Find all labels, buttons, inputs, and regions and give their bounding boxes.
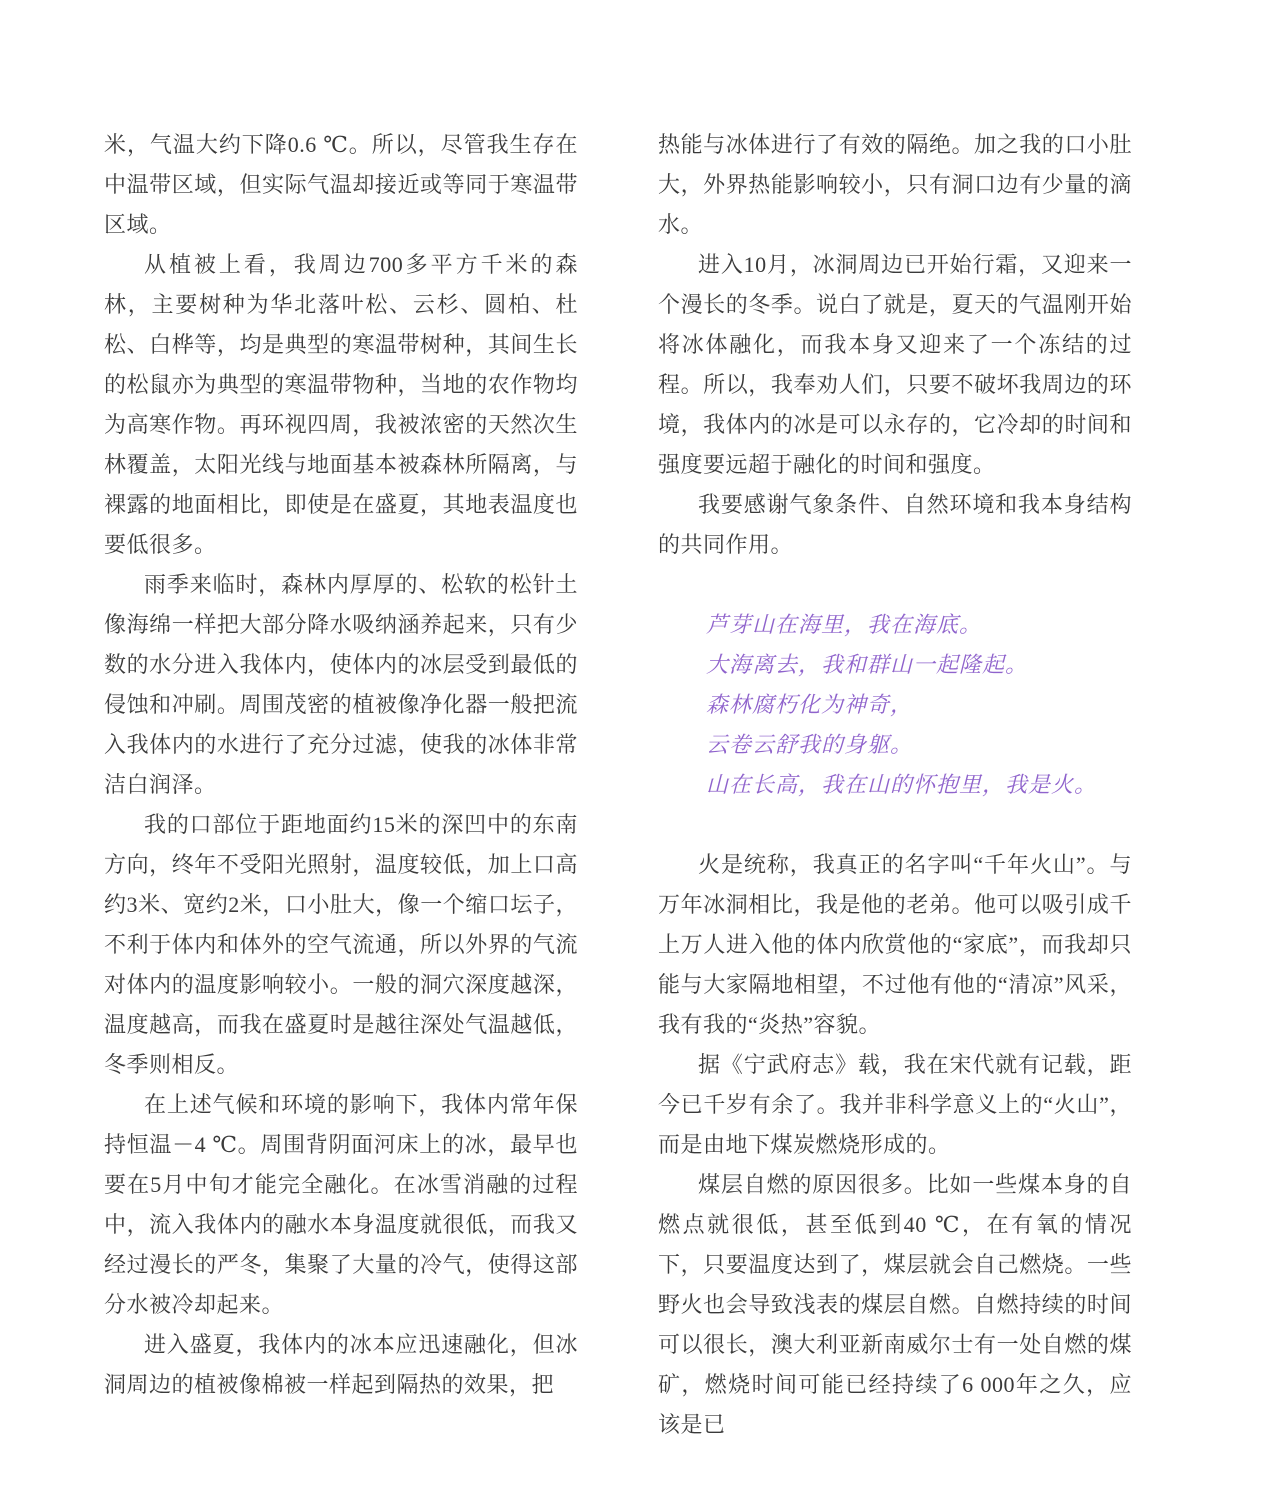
body-paragraph: 煤层自燃的原因很多。比如一些煤本身的自燃点就很低，甚至低到40 ℃，在有氧的情况… (658, 1165, 1132, 1445)
body-paragraph: 米，气温大约下降0.6 ℃。所以，尽管我生存在中温带区域，但实际气温却接近或等同… (104, 125, 578, 245)
poem-line: 山在长高，我在山的怀抱里，我是火。 (658, 765, 1132, 805)
poem-line: 大海离去，我和群山一起隆起。 (658, 645, 1132, 685)
body-paragraph: 在上述气候和环境的影响下，我体内常年保持恒温－4 ℃。周围背阴面河床上的冰，最早… (104, 1085, 578, 1325)
body-paragraph: 据《宁武府志》载，我在宋代就有记载，距今已千岁有余了。我并非科学意义上的“火山”… (658, 1045, 1132, 1165)
body-paragraph: 进入盛夏，我体内的冰本应迅速融化，但冰洞周边的植被像棉被一样起到隔热的效果，把 (104, 1325, 578, 1405)
document-page: 米，气温大约下降0.6 ℃。所以，尽管我生存在中温带区域，但实际气温却接近或等同… (0, 0, 1268, 1508)
body-paragraph: 火是统称，我真正的名字叫“千年火山”。与万年冰洞相比，我是他的老弟。他可以吸引成… (658, 845, 1132, 1045)
body-paragraph: 进入10月，冰洞周边已开始行霜，又迎来一个漫长的冬季。说白了就是，夏天的气温刚开… (658, 245, 1132, 485)
poem-line: 森林腐朽化为神奇， (658, 685, 1132, 725)
poem-line: 云卷云舒我的身躯。 (658, 725, 1132, 765)
body-paragraph: 从植被上看，我周边700多平方千米的森林，主要树种为华北落叶松、云杉、圆柏、杜松… (104, 245, 578, 565)
right-column: 热能与冰体进行了有效的隔绝。加之我的口小肚大，外界热能影响较小，只有洞口边有少量… (658, 125, 1132, 1445)
left-column: 米，气温大约下降0.6 ℃。所以，尽管我生存在中温带区域，但实际气温却接近或等同… (104, 125, 578, 1445)
body-paragraph: 雨季来临时，森林内厚厚的、松软的松针土像海绵一样把大部分降水吸纳涵养起来，只有少… (104, 565, 578, 805)
body-paragraph: 我要感谢气象条件、自然环境和我本身结构的共同作用。 (658, 485, 1132, 565)
body-paragraph: 热能与冰体进行了有效的隔绝。加之我的口小肚大，外界热能影响较小，只有洞口边有少量… (658, 125, 1132, 245)
body-paragraph: 我的口部位于距地面约15米的深凹中的东南方向，终年不受阳光照射，温度较低，加上口… (104, 805, 578, 1085)
poem-line: 芦芽山在海里，我在海底。 (658, 605, 1132, 645)
text-columns: 米，气温大约下降0.6 ℃。所以，尽管我生存在中温带区域，但实际气温却接近或等同… (104, 125, 1132, 1445)
